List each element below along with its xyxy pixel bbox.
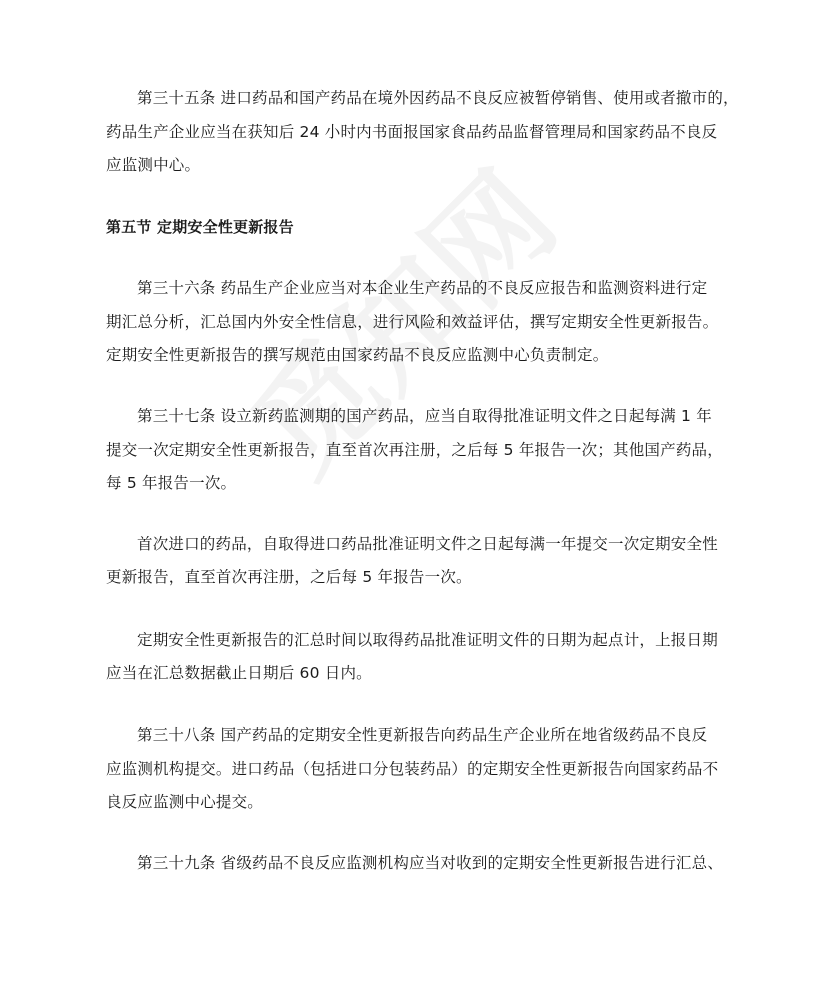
article-37-line-1: 第三十七条 设立新药监测期的国产药品，应当自取得批准证明文件之日起每满 1 年 — [137, 406, 712, 426]
article-38-line-3: 良反应监测中心提交。 — [106, 792, 263, 812]
section-heading: 第五节 定期安全性更新报告 — [106, 217, 294, 237]
article-35-line-1: 第三十五条 进口药品和国产药品在境外因药品不良反应被暂停销售、使用或者撤市的， — [137, 88, 739, 108]
article-38-line-1: 第三十八条 国产药品的定期安全性更新报告向药品生产企业所在地省级药品不良反 — [137, 725, 707, 745]
article-35-line-3: 应监测中心。 — [106, 155, 200, 175]
summary-period-line-2: 应当在汇总数据截止日期后 60 日内。 — [106, 663, 372, 683]
document-page: 觅知网 第三十五条 进口药品和国产药品在境外因药品不良反应被暂停销售、使用或者撤… — [0, 0, 830, 986]
article-36-line-2: 期汇总分析，汇总国内外安全性信息，进行风险和效益评估，撰写定期安全性更新报告。 — [106, 312, 718, 332]
imported-drugs-line-1: 首次进口的药品，自取得进口药品批准证明文件之日起每满一年提交一次定期安全性 — [137, 534, 718, 554]
article-35-line-2: 药品生产企业应当在获知后 24 小时内书面报国家食品药品监督管理局和国家药品不良… — [106, 122, 717, 142]
article-37-line-2: 提交一次定期安全性更新报告，直至首次再注册，之后每 5 年报告一次；其他国产药品… — [106, 440, 723, 460]
article-39-line-1: 第三十九条 省级药品不良反应监测机构应当对收到的定期安全性更新报告进行汇总、 — [137, 853, 723, 873]
imported-drugs-line-2: 更新报告，直至首次再注册，之后每 5 年报告一次。 — [106, 567, 472, 587]
article-36-line-1: 第三十六条 药品生产企业应当对本企业生产药品的不良反应报告和监测资料进行定 — [137, 278, 707, 298]
article-36-line-3: 定期安全性更新报告的撰写规范由国家药品不良反应监测中心负责制定。 — [106, 345, 608, 365]
article-37-line-3: 每 5 年报告一次。 — [106, 473, 236, 493]
summary-period-line-1: 定期安全性更新报告的汇总时间以取得药品批准证明文件的日期为起点计，上报日期 — [137, 630, 718, 650]
article-38-line-2: 应监测机构提交。进口药品（包括进口分包装药品）的定期安全性更新报告向国家药品不 — [106, 759, 718, 779]
